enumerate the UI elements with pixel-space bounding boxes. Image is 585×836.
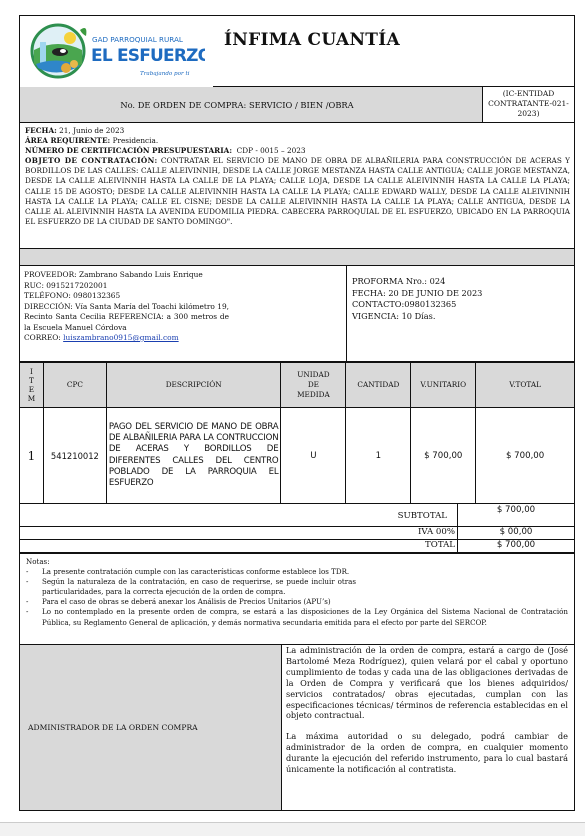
area-label: ÁREA REQUIRENTE: <box>25 136 110 145</box>
header-descripcion: DESCRIPCIÓN <box>106 363 281 408</box>
total-value: $ 700,00 <box>457 540 574 552</box>
header-item: ITEM <box>20 363 44 408</box>
administrator-paragraph-1: La administración de la orden de compra,… <box>286 645 568 721</box>
svg-text:GAD PARROQUIAL RURAL: GAD PARROQUIAL RURAL <box>92 35 183 44</box>
provider-info: PROVEEDOR: Zambrano Sabando Luis Enrique… <box>20 266 347 361</box>
item-total-price: $ 700,00 <box>476 408 575 504</box>
iva-row: IVA 00% $ 00,00 <box>20 526 574 539</box>
proforma-info: PROFORMA Nro.: 024 FECHA: 20 DE JUNIO DE… <box>347 266 574 361</box>
note-item: Lo no contemplado en la presente orden d… <box>26 607 568 627</box>
cert-value: CDP - 0015 – 2023 <box>237 146 306 155</box>
objeto-line: OBJETO DE CONTRATACIÓN: CONTRATAR EL SER… <box>25 156 570 227</box>
document-header: GAD PARROQUIAL RURAL EL ESFUERZO Trabaja… <box>19 15 575 87</box>
order-code: (IC-ENTIDAD CONTRATANTE-021-2023) <box>482 87 574 122</box>
order-details: FECHA: 21, Junio de 2023 ÁREA REQUIRENTE… <box>19 123 575 249</box>
provider-email-label: CORREO: <box>24 333 63 342</box>
totals-section: SUBTOTAL $ 700,00 IVA 00% $ 00,00 TOTAL … <box>19 504 575 553</box>
administrator-label: ADMINISTRADOR DE LA ORDEN COMPRA <box>20 645 282 810</box>
header-v-total: V.TOTAL <box>476 363 575 408</box>
items-table: ITEM CPC DESCRIPCIÓN UNIDAD DE MEDIDA CA… <box>19 362 575 504</box>
section-separator <box>19 249 575 265</box>
item-quantity: 1 <box>346 408 411 504</box>
viewer-bottom-bar <box>0 822 585 836</box>
iva-value: $ 00,00 <box>457 527 574 539</box>
item-unit-price: $ 700,00 <box>411 408 476 504</box>
proforma-validity: VIGENCIA: 10 Días. <box>352 311 569 323</box>
item-description: PAGO DEL SERVICIO DE MANO DE OBRA DE ALB… <box>106 408 281 504</box>
note-item: Para el caso de obras se deberá anexar l… <box>26 597 568 607</box>
header-cpc: CPC <box>43 363 106 408</box>
order-number-label: No. DE ORDEN DE COMPRA: SERVICIO / BIEN … <box>20 87 482 122</box>
items-header-row: ITEM CPC DESCRIPCIÓN UNIDAD DE MEDIDA CA… <box>20 363 575 408</box>
gad-el-esfuerzo-logo-icon: GAD PARROQUIAL RURAL EL ESFUERZO Trabaja… <box>30 20 205 82</box>
area-line: ÁREA REQUIRENTE: Presidencia. <box>25 136 570 146</box>
subtotal-row: SUBTOTAL $ 700,00 <box>20 504 574 526</box>
administrator-text: La administración de la orden de compra,… <box>282 645 574 810</box>
item-unit: U <box>281 408 346 504</box>
objeto-value: CONTRATAR EL SERVICIO DE MANO DE OBRA DE… <box>25 156 570 226</box>
document-title: ÍNFIMA CUANTÍA <box>224 30 400 50</box>
header-cantidad: CANTIDAD <box>346 363 411 408</box>
total-label: TOTAL <box>20 540 457 552</box>
item-cpc: 541210012 <box>43 408 106 504</box>
fecha-value: 21, Junio de 2023 <box>59 126 124 135</box>
provider-phone: TELÉFONO: 0980132365 <box>24 291 342 302</box>
header-v-unitario: V.UNITARIO <box>411 363 476 408</box>
note-item: La presente contratación cumple con las … <box>26 567 568 577</box>
cert-line: NÚMERO DE CERTIFICACIÓN PRESUPUESTARIA: … <box>25 146 570 156</box>
purchase-order-document: GAD PARROQUIAL RURAL EL ESFUERZO Trabaja… <box>19 15 575 811</box>
fecha-line: FECHA: 21, Junio de 2023 <box>25 126 570 136</box>
subtotal-label: SUBTOTAL <box>20 504 457 526</box>
provider-section: PROVEEDOR: Zambrano Sabando Luis Enrique… <box>19 265 575 362</box>
provider-email-line: CORREO: luiszambrano0915@gmail.com <box>24 333 342 344</box>
notes-section: Notas: La presente contratación cumple c… <box>19 553 575 645</box>
table-row: 1 541210012 PAGO DEL SERVICIO DE MANO DE… <box>20 408 575 504</box>
total-row: TOTAL $ 700,00 <box>20 539 574 552</box>
provider-ruc: RUC: 0915217202001 <box>24 281 342 292</box>
order-number-row: No. DE ORDEN DE COMPRA: SERVICIO / BIEN … <box>19 87 575 123</box>
provider-address: DIRECCIÓN: Vía Santa María del Toachi ki… <box>24 302 229 334</box>
proforma-date: FECHA: 20 DE JUNIO DE 2023 <box>352 288 569 300</box>
svg-text:Trabajando por ti: Trabajando por ti <box>140 71 190 77</box>
header-unidad: UNIDAD DE MEDIDA <box>281 363 346 408</box>
proforma-contact: CONTACTO:0980132365 <box>352 299 569 311</box>
notes-title: Notas: <box>26 557 568 567</box>
note-item: Según la naturaleza de la contratación, … <box>26 577 356 597</box>
header-divider <box>213 86 574 87</box>
objeto-label: OBJETO DE CONTRATACIÓN: <box>25 156 158 165</box>
svg-text:EL ESFUERZO: EL ESFUERZO <box>91 46 205 66</box>
cert-label: NÚMERO DE CERTIFICACIÓN PRESUPUESTARIA: <box>25 146 232 155</box>
administrator-section: ADMINISTRADOR DE LA ORDEN COMPRA La admi… <box>19 645 575 811</box>
subtotal-value: $ 700,00 <box>457 504 574 526</box>
area-value: Presidencia. <box>113 136 159 145</box>
administrator-paragraph-2: La máxima autoridad o su delegado, podrá… <box>286 731 568 775</box>
notes-list: La presente contratación cumple con las … <box>26 567 568 628</box>
provider-email-link[interactable]: luiszambrano0915@gmail.com <box>63 333 179 342</box>
provider-name: PROVEEDOR: Zambrano Sabando Luis Enrique <box>24 270 342 281</box>
item-number: 1 <box>20 408 44 504</box>
fecha-label: FECHA: <box>25 126 57 135</box>
proforma-number: PROFORMA Nro.: 024 <box>352 276 569 288</box>
iva-label: IVA 00% <box>20 527 457 539</box>
